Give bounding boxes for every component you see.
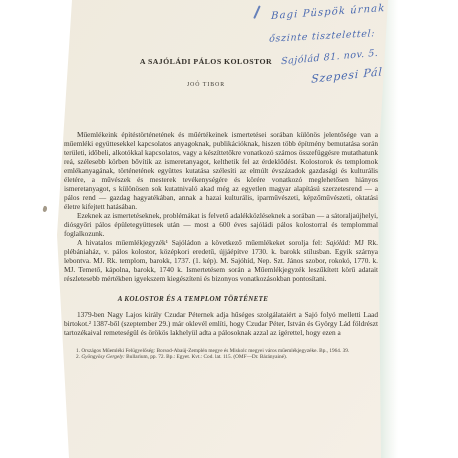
paragraph-series-context: Ezeknek az ismertetéseknek, problémákat …: [64, 211, 378, 238]
monument-list-lead: A hivatalos műemlékjegyzék¹ Sajóládon a …: [77, 238, 326, 247]
scan-canvas: { "document": { "title": "A SAJÓLÁDI PÁL…: [0, 0, 458, 458]
paragraph-history-start: 1379-ben Nagy Lajos király Czudar Pétern…: [64, 310, 378, 337]
footnote-2-number: 2.: [76, 354, 80, 360]
footnote-2: 2. Gyöngyösy Gergely: Bullarium, pp. 72.…: [76, 354, 372, 360]
article-author: JOÓ TIBOR: [64, 82, 348, 88]
monument-list-place: Sajólád:: [326, 238, 351, 247]
footnote-2-source: Gyöngyösy Gergely:: [81, 354, 125, 360]
paragraph-monument-list: A hivatalos műemlékjegyzék¹ Sajóládon a …: [64, 238, 378, 283]
paragraph-intro: Műemlékeink építéstörténetének és műérté…: [64, 130, 378, 211]
footnote-2-text: Bullarium, pp. 72. Bp.: Egyet. Kvt.: Cod…: [125, 354, 287, 360]
footnotes-block: 1. Országos Műemléki Felügyelőség: Borso…: [76, 348, 372, 360]
scan-speck: [42, 206, 48, 213]
section-heading-history: A KOLOSTOR ÉS A TEMPLOM TÖRTÉNETE: [64, 295, 322, 303]
